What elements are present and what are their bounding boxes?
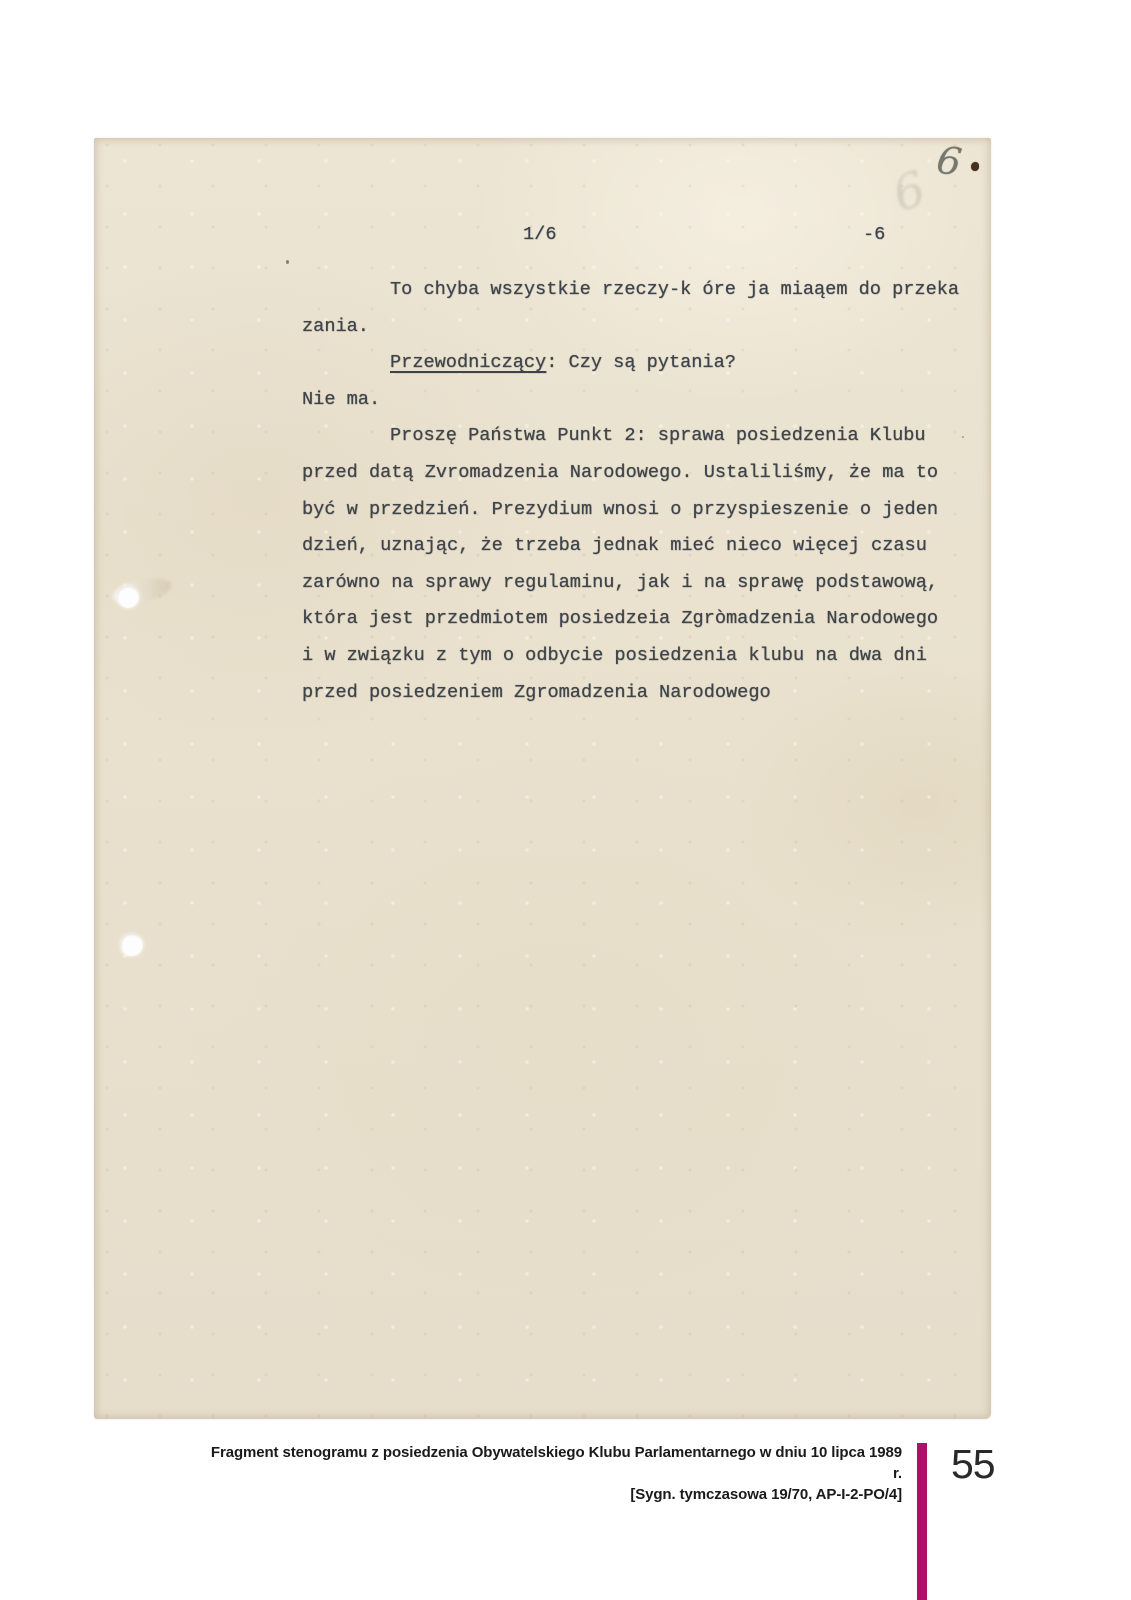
typed-line: być w przedzień. Prezydium wnosi o przys…: [302, 492, 982, 529]
accent-bar: [917, 1443, 927, 1600]
typed-line: Proszę Państwa Punkt 2: sprawa posiedzen…: [302, 418, 982, 455]
typed-line-rest: : Czy są pytania?: [546, 352, 736, 373]
typed-line: która jest przedmiotem posiedzeia Zgròma…: [302, 601, 982, 638]
ink-speck: [971, 162, 979, 171]
typed-line: Nie ma.: [302, 382, 982, 419]
paper-speck: [962, 436, 964, 438]
paper-speck: [286, 260, 289, 264]
typed-line: zarówno na sprawy regulaminu, jak i na s…: [302, 565, 982, 602]
hole-punch-top: [117, 586, 139, 608]
pencil-ghost-mark: 6: [887, 164, 931, 219]
typed-line: dzień, uznając, że trzeba jednak mieć ni…: [302, 528, 982, 565]
typed-page-header-left: 1/6: [523, 224, 556, 245]
handwritten-page-number: 6: [934, 140, 964, 181]
typed-line: przed posiedzeniem Zgromadzenia Narodowe…: [302, 675, 982, 712]
caption-line-2: [Sygn. tymczasowa 19/70, AP-I-2-PO/4]: [200, 1484, 902, 1505]
typed-page-header-right: -6: [863, 224, 885, 245]
caption-line-1: Fragment stenogramu z posiedzenia Obywat…: [200, 1442, 902, 1484]
typed-line: Przewodniczący: Czy są pytania?: [302, 345, 982, 382]
typed-line: zania.: [302, 309, 982, 346]
caption: Fragment stenogramu z posiedzenia Obywat…: [200, 1442, 902, 1505]
typed-line: przed datą Zvromadzenia Narodowego. Usta…: [302, 455, 982, 492]
typed-line: To chyba wszystkie rzeczy-k óre ja miaąe…: [302, 272, 982, 309]
page-number: 55: [951, 1444, 995, 1485]
typed-page-header: 1/6 -6: [94, 224, 991, 248]
typed-text-block: To chyba wszystkie rzeczy-k óre ja miaąe…: [302, 272, 982, 711]
hole-punch-bottom: [121, 934, 143, 956]
underlined-speaker-label: Przewodniczący: [390, 352, 546, 373]
scanned-document-page: 6 6 1/6 -6 To chyba wszystkie rzeczy-k ó…: [94, 138, 991, 1419]
typed-line: i w związku z tym o odbycie posiedzenia …: [302, 638, 982, 675]
